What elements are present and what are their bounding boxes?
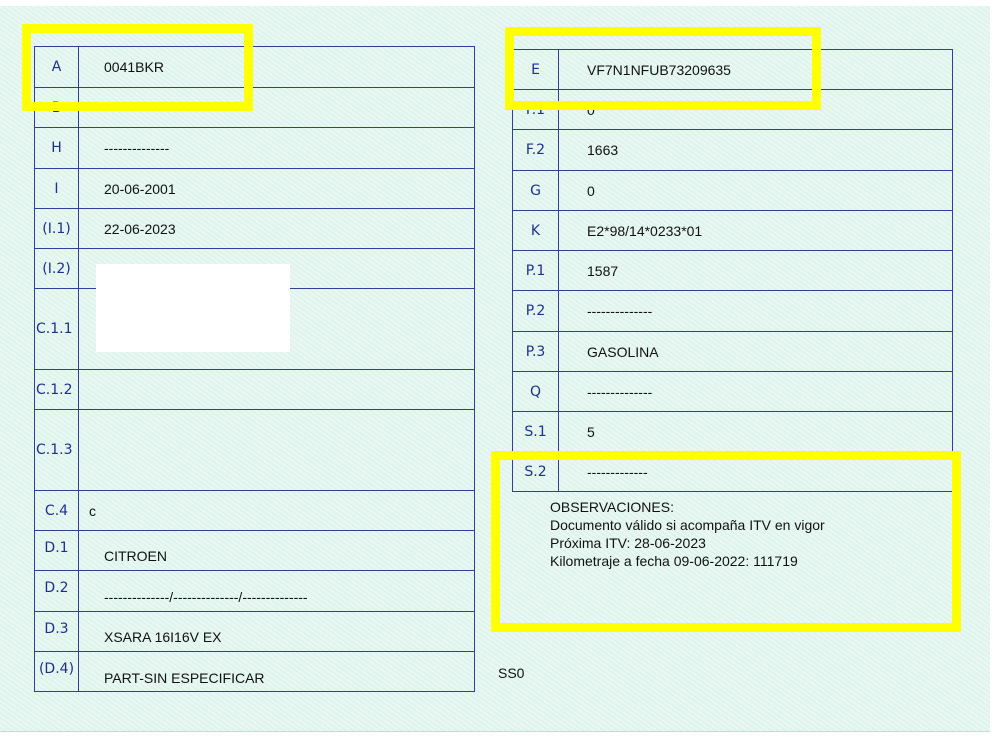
field-label: I xyxy=(35,169,79,208)
document-code: SS0 xyxy=(498,665,524,681)
field-value: c xyxy=(89,491,96,530)
field-row-p2: P.2 -------------- xyxy=(513,291,952,332)
field-row-k: K E2*98/14*0233*01 xyxy=(513,211,952,251)
field-label: (I.2) xyxy=(35,249,79,288)
field-value-fuel: GASOLINA xyxy=(587,332,659,371)
field-value: -------------- xyxy=(587,372,652,411)
field-label: Q xyxy=(513,372,559,411)
redacted-holder-name xyxy=(96,264,290,352)
field-value: PART-SIN ESPECIFICAR xyxy=(104,652,265,692)
field-row-d4: (D.4) PART-SIN ESPECIFICAR xyxy=(35,652,474,692)
field-label: S.1 xyxy=(513,412,559,451)
field-row-p3: P.3 GASOLINA xyxy=(513,332,952,372)
field-label: H xyxy=(35,128,79,168)
field-value-seats: 5 xyxy=(587,412,595,451)
field-label: D.1 xyxy=(35,531,79,570)
field-row-d2: D.2 --------------/--------------/------… xyxy=(35,571,474,612)
field-value-first-registration-date: 20-06-2001 xyxy=(104,169,176,208)
field-label: C.4 xyxy=(35,491,79,530)
field-row-p1: P.1 1587 xyxy=(513,251,952,291)
field-row-f2: F.2 1663 xyxy=(513,130,952,171)
field-value-model: XSARA 16I16V EX xyxy=(104,612,222,651)
field-row-c12: C.1.2 xyxy=(35,370,474,410)
field-value: -------------- xyxy=(587,291,652,331)
field-row-i1: (I.1) 22-06-2023 xyxy=(35,209,474,249)
field-label: F.2 xyxy=(513,130,559,170)
field-row-h: H -------------- xyxy=(35,128,474,169)
field-value-type-approval: E2*98/14*0233*01 xyxy=(587,211,702,250)
field-value-issue-date: 22-06-2023 xyxy=(104,209,176,248)
field-row-s1: S.1 5 xyxy=(513,412,952,452)
highlight-observations xyxy=(491,451,961,632)
field-label: D.2 xyxy=(35,571,79,611)
field-row-i: I 20-06-2001 xyxy=(35,169,474,209)
field-value-displacement: 1587 xyxy=(587,251,618,290)
field-label: P.3 xyxy=(513,332,559,371)
field-row-d3: D.3 XSARA 16I16V EX xyxy=(35,612,474,652)
highlight-vin xyxy=(505,27,821,110)
field-label: (D.4) xyxy=(35,652,79,692)
field-row-c13: C.1.3 xyxy=(35,410,474,491)
highlight-registration-number xyxy=(22,24,253,111)
field-row-d1: D.1 CITROEN xyxy=(35,531,474,571)
field-value: --------------/--------------/----------… xyxy=(104,571,308,611)
field-value: 1663 xyxy=(587,130,618,170)
right-field-table: E VF7N1NFUB73209635 F.1 0 F.2 1663 G 0 K… xyxy=(512,49,953,492)
field-label: C.1.1 xyxy=(35,289,79,369)
field-label: K xyxy=(513,211,559,250)
left-field-table: A 0041BKR B H -------------- I 20-06-200… xyxy=(34,46,475,692)
field-label: P.1 xyxy=(513,251,559,290)
field-value: -------------- xyxy=(104,128,169,168)
field-row-g: G 0 xyxy=(513,171,952,211)
field-value: 0 xyxy=(587,171,595,210)
field-row-c4: C.4 c xyxy=(35,491,474,531)
field-label: G xyxy=(513,171,559,210)
field-row-q: Q -------------- xyxy=(513,372,952,412)
field-label: C.1.2 xyxy=(35,370,79,409)
field-label: C.1.3 xyxy=(35,410,79,490)
field-value-make: CITROEN xyxy=(104,531,167,570)
field-label: (I.1) xyxy=(35,209,79,248)
field-label: D.3 xyxy=(35,612,79,651)
field-label: P.2 xyxy=(513,291,559,331)
